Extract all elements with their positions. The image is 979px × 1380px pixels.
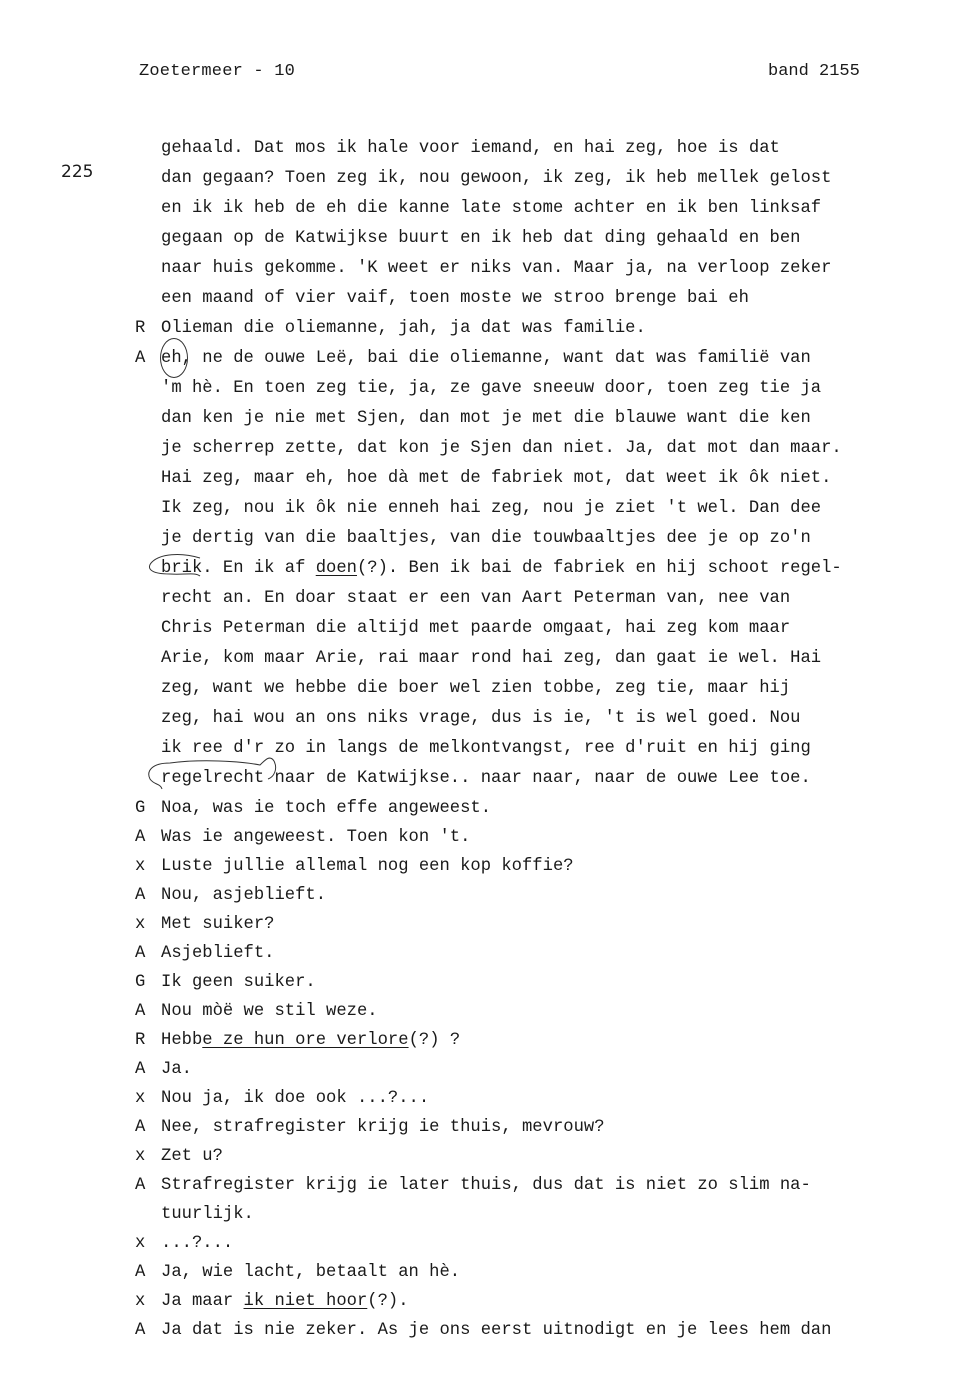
speaker-label: x bbox=[135, 1229, 161, 1258]
transcript-line: AJa, wie lacht, betaalt an hè. bbox=[135, 1258, 975, 1287]
line-text: dan ken je nie met Sjen, dan mot je met … bbox=[161, 409, 811, 428]
speaker-label: A bbox=[135, 823, 161, 852]
line-text: Hebb bbox=[161, 1031, 202, 1050]
line-text: Nou ja, ik doe ook ...?... bbox=[161, 1089, 429, 1108]
transcript-line: AAsjeblieft. bbox=[135, 939, 975, 968]
speaker-label: A bbox=[135, 1316, 161, 1345]
transcript-line: een maand of vier vaif, toen moste we st… bbox=[135, 284, 975, 314]
line-text: eh, ne de ouwe Leë, bai die oliemanne, w… bbox=[161, 349, 811, 368]
transcript-line: en ik ik heb de eh die kanne late stome … bbox=[135, 194, 975, 224]
transcript-line: ROlieman die oliemanne, jah, ja dat was … bbox=[135, 314, 975, 344]
handwritten-circle-mark bbox=[160, 338, 188, 378]
speaker-label: x bbox=[135, 910, 161, 939]
speaker-label: A bbox=[135, 1171, 161, 1200]
speaker-label: A bbox=[135, 997, 161, 1026]
speaker-label: A bbox=[135, 1113, 161, 1142]
transcript-line: gegaan op de Katwijkse buurt en ik heb d… bbox=[135, 224, 975, 254]
line-text: Met suiker? bbox=[161, 915, 274, 934]
line-text: tuurlijk. bbox=[161, 1205, 254, 1224]
line-text: recht an. En doar staat er een van Aart … bbox=[161, 589, 790, 608]
line-text: Ja maar bbox=[161, 1292, 244, 1311]
header-tape-number: band 2155 bbox=[768, 62, 860, 81]
transcript-line: gehaald. Dat mos ik hale voor iemand, en… bbox=[135, 134, 975, 164]
transcript-body: gehaald. Dat mos ik hale voor iemand, en… bbox=[135, 134, 975, 1345]
transcript-line: ANou, asjeblieft. bbox=[135, 881, 975, 910]
transcript-line: AJa. bbox=[135, 1055, 975, 1084]
line-text: naar huis gekomme. 'K weet er niks van. … bbox=[161, 259, 831, 278]
line-text: Was ie angeweest. Toen kon 't. bbox=[161, 828, 470, 847]
transcript-line: zeg, hai wou an ons niks vrage, dus is i… bbox=[135, 704, 975, 734]
line-text: Hai zeg, maar eh, hoe dà met de fabriek … bbox=[161, 469, 831, 488]
transcript-line: Arie, kom maar Arie, rai maar rond hai z… bbox=[135, 644, 975, 674]
transcript-line: AWas ie angeweest. Toen kon 't. bbox=[135, 823, 975, 852]
transcript-line: xJa maar ik niet hoor(?). bbox=[135, 1287, 975, 1316]
line-text: Ja, wie lacht, betaalt an hè. bbox=[161, 1263, 460, 1282]
transcript-line: ANee, strafregister krijg ie thuis, mevr… bbox=[135, 1113, 975, 1142]
line-text: Ik geen suiker. bbox=[161, 973, 316, 992]
line-text: Nou mòë we stil weze. bbox=[161, 1002, 378, 1021]
transcript-line: je scherrep zette, dat kon je Sjen dan n… bbox=[135, 434, 975, 464]
line-text: (?) ? bbox=[409, 1031, 461, 1050]
margin-line-number: 225 bbox=[61, 162, 93, 182]
line-text: Luste jullie allemal nog een kop koffie? bbox=[161, 857, 574, 876]
transcript-line: recht an. En doar staat er een van Aart … bbox=[135, 584, 975, 614]
transcript-line: xNou ja, ik doe ook ...?... bbox=[135, 1084, 975, 1113]
transcript-line: Chris Peterman die altijd met paarde omg… bbox=[135, 614, 975, 644]
line-text: Strafregister krijg ie later thuis, dus … bbox=[161, 1176, 811, 1195]
handwritten-bracket-mark bbox=[140, 755, 290, 795]
transcript-line: dan ken je nie met Sjen, dan mot je met … bbox=[135, 404, 975, 434]
speaker-label: G bbox=[135, 968, 161, 997]
transcript-line: naar huis gekomme. 'K weet er niks van. … bbox=[135, 254, 975, 284]
speaker-label: x bbox=[135, 1287, 161, 1316]
line-text: dan gegaan? Toen zeg ik, nou gewoon, ik … bbox=[161, 169, 831, 188]
line-text: een maand of vier vaif, toen moste we st… bbox=[161, 289, 749, 308]
line-text: Nou, asjeblieft. bbox=[161, 886, 326, 905]
line-text: Asjeblieft. bbox=[161, 944, 274, 963]
line-text: (?). bbox=[367, 1292, 408, 1311]
speaker-label: A bbox=[135, 881, 161, 910]
line-text: Ja dat is nie zeker. As je ons eerst uit… bbox=[161, 1321, 831, 1340]
uncertain-transcription: doen bbox=[316, 559, 357, 578]
transcript-line: 'm hè. En toen zeg tie, ja, ze gave snee… bbox=[135, 374, 975, 404]
transcript-line: Aeh, ne de ouwe Leë, bai die oliemanne, … bbox=[135, 344, 975, 374]
line-text: (?). Ben ik bai de fabriek en hij schoot… bbox=[357, 559, 842, 578]
transcript-line: xLuste jullie allemal nog een kop koffie… bbox=[135, 852, 975, 881]
line-text: Zet u? bbox=[161, 1147, 223, 1166]
line-text: Chris Peterman die altijd met paarde omg… bbox=[161, 619, 790, 638]
line-text: gehaald. Dat mos ik hale voor iemand, en… bbox=[161, 139, 780, 158]
line-text: ...?... bbox=[161, 1234, 233, 1253]
line-text: zeg, hai wou an ons niks vrage, dus is i… bbox=[161, 709, 800, 728]
line-text: Nee, strafregister krijg ie thuis, mevro… bbox=[161, 1118, 605, 1137]
line-text: je dertig van die baaltjes, van die touw… bbox=[161, 529, 811, 548]
speaker-label: A bbox=[135, 344, 161, 374]
speaker-label: A bbox=[135, 1055, 161, 1084]
transcript-line: x...?... bbox=[135, 1229, 975, 1258]
speaker-label: x bbox=[135, 1084, 161, 1113]
line-text: Ik zeg, nou ik ôk nie enneh hai zeg, nou… bbox=[161, 499, 821, 518]
transcript-page: Zoetermeer - 10 band 2155 225 gehaald. D… bbox=[0, 0, 979, 1380]
line-text: Arie, kom maar Arie, rai maar rond hai z… bbox=[161, 649, 821, 668]
line-text: je scherrep zette, dat kon je Sjen dan n… bbox=[161, 439, 842, 458]
line-text: Olieman die oliemanne, jah, ja dat was f… bbox=[161, 319, 646, 338]
transcript-line: AJa dat is nie zeker. As je ons eerst ui… bbox=[135, 1316, 975, 1345]
speaker-label: R bbox=[135, 1026, 161, 1055]
transcript-line: xMet suiker? bbox=[135, 910, 975, 939]
line-text: Ja. bbox=[161, 1060, 192, 1079]
transcript-line: xZet u? bbox=[135, 1142, 975, 1171]
transcript-line: GIk geen suiker. bbox=[135, 968, 975, 997]
transcript-line: tuurlijk. bbox=[135, 1200, 975, 1229]
transcript-line: Hai zeg, maar eh, hoe dà met de fabriek … bbox=[135, 464, 975, 494]
handwritten-bracket-mark bbox=[140, 550, 210, 580]
speaker-label: A bbox=[135, 1258, 161, 1287]
transcript-line: dan gegaan? Toen zeg ik, nou gewoon, ik … bbox=[135, 164, 975, 194]
line-text: gegaan op de Katwijkse buurt en ik heb d… bbox=[161, 229, 800, 248]
line-text: Noa, was ie toch effe angeweest. bbox=[161, 799, 491, 818]
transcript-line: je dertig van die baaltjes, van die touw… bbox=[135, 524, 975, 554]
speaker-label: G bbox=[135, 794, 161, 823]
line-text: zeg, want we hebbe die boer wel zien tob… bbox=[161, 679, 790, 698]
transcript-line: Ik zeg, nou ik ôk nie enneh hai zeg, nou… bbox=[135, 494, 975, 524]
header-location: Zoetermeer - 10 bbox=[139, 62, 295, 81]
transcript-line: GNoa, was ie toch effe angeweest. bbox=[135, 794, 975, 823]
transcript-line: AStrafregister krijg ie later thuis, dus… bbox=[135, 1171, 975, 1200]
uncertain-transcription: ik niet hoor bbox=[244, 1292, 368, 1311]
speaker-label: A bbox=[135, 939, 161, 968]
line-text: en ik ik heb de eh die kanne late stome … bbox=[161, 199, 821, 218]
speaker-label: x bbox=[135, 1142, 161, 1171]
transcript-line: ANou mòë we stil weze. bbox=[135, 997, 975, 1026]
transcript-line: zeg, want we hebbe die boer wel zien tob… bbox=[135, 674, 975, 704]
speaker-label: x bbox=[135, 852, 161, 881]
transcript-line: RHebbe ze hun ore verlore(?) ? bbox=[135, 1026, 975, 1055]
speaker-label: R bbox=[135, 314, 161, 344]
transcript-line: brik. En ik af doen(?). Ben ik bai de fa… bbox=[135, 554, 975, 584]
uncertain-transcription: e ze hun ore verlore bbox=[202, 1031, 408, 1050]
line-text: 'm hè. En toen zeg tie, ja, ze gave snee… bbox=[161, 379, 821, 398]
